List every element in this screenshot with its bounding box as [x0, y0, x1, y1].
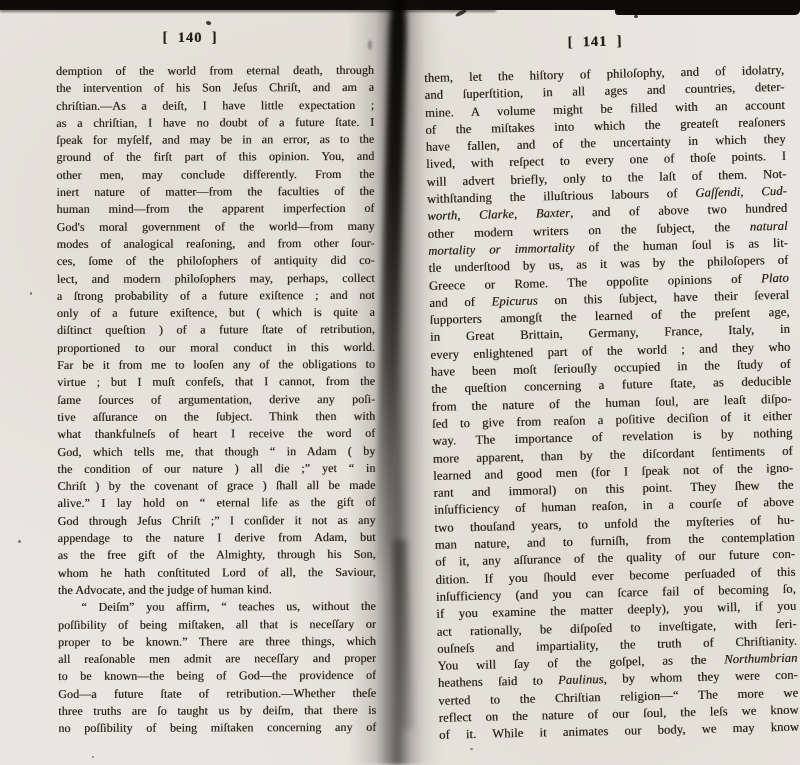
- text-line: ces, ſome of the philoſophers of antiqui…: [57, 252, 375, 270]
- text-line: only of a future exiſtence, but ( which …: [57, 304, 375, 322]
- ink-speck: [634, 15, 638, 18]
- text-line: the condition of our nature ) all die ;”…: [57, 460, 375, 478]
- text-line: all reaſonable men admit are neceſſary a…: [58, 650, 376, 668]
- text-line: God—a future ſtate of retribution.—Wheth…: [58, 685, 376, 703]
- text-line: chriſtian.—As a deiſt, I have little exp…: [56, 96, 374, 114]
- text-line: modes of analogical reaſoning, and from …: [57, 235, 375, 253]
- text-line: diſtinct queſtion ) of a future ſtate of…: [57, 321, 375, 339]
- text-line: proportioned to our moral conduct in thi…: [57, 339, 375, 357]
- text-line: alive.” I lay hold on “ eternal life as …: [58, 494, 376, 512]
- text-line: appendage to the nature I derive from Ad…: [58, 529, 376, 547]
- text-line: poſſibility of being miſtaken, all that …: [58, 615, 376, 633]
- page-text-left: demption of the world from eternal death…: [56, 62, 376, 738]
- text-line: tive aſſurance on the ſubject. Think the…: [57, 408, 375, 426]
- text-line: demption of the world from eternal death…: [56, 62, 374, 80]
- ink-speck: [470, 748, 473, 750]
- text-line: lect, and modern philoſophers may, perha…: [57, 269, 375, 287]
- text-line: ſpeak for myſelf, and may be in an error…: [56, 131, 374, 149]
- text-line: to be known—the being of God—the provide…: [58, 667, 376, 685]
- text-line: ground of the firſt part of this opinion…: [56, 148, 374, 166]
- text-line: as a chriſtian, I have no doubt of a fut…: [56, 114, 374, 132]
- ink-speck: [30, 292, 32, 295]
- text-line: as the free gift of the Almighty, throug…: [58, 546, 376, 564]
- text-line: three truths are ſo taught us by deiſm, …: [58, 702, 376, 720]
- text-line: “ Deiſm” you affirm, “ teaches us, witho…: [58, 598, 376, 616]
- text-line: Chriſt ) by the covenant of grace ) ſhal…: [57, 477, 375, 495]
- ink-speck: [776, 122, 778, 124]
- text-line: inert nature of matter—from the facultie…: [56, 183, 374, 201]
- ink-speck: [18, 540, 21, 543]
- book-scan: [ 140 ] [ 141 ] demption of the world fr…: [0, 0, 800, 765]
- text-line: the Advocate, and the judge of human kin…: [58, 581, 376, 599]
- text-line: virtue ; but I muſt confeſs, that I cann…: [57, 373, 375, 391]
- text-line: God through Jeſus Chriſt ;” I conſider i…: [58, 512, 376, 530]
- text-line: proper to be known.” There are three thi…: [58, 633, 376, 651]
- text-line: the intervention of his Son Jeſus Chriſt…: [56, 79, 374, 97]
- text-line: human mind—from the apparent imperfectio…: [56, 200, 374, 218]
- text-line: a ſtrong probability of a future exiſten…: [57, 287, 375, 305]
- text-line: other men, may conclude differently. Fro…: [56, 166, 374, 184]
- page-text-right: them, let the hiſtory of philoſophy, and…: [424, 62, 799, 745]
- page-number-left: [ 140 ]: [40, 30, 340, 47]
- text-line: what thankfulneſs of heart I receive the…: [57, 425, 375, 443]
- text-line: God's moral government of the world—from…: [57, 218, 375, 236]
- ink-speck: [92, 756, 94, 758]
- text-line: God, which tells me, that though “ in Ad…: [57, 442, 375, 460]
- scan-top-border-thick: [615, 0, 800, 15]
- ink-speck: [368, 40, 372, 50]
- text-line: Far be it from me to looſen any of the o…: [57, 356, 375, 374]
- ink-speck: [205, 20, 211, 26]
- page-number-right: [ 141 ]: [445, 31, 745, 54]
- text-line: no poſſibility of being miſtaken concern…: [58, 719, 376, 737]
- text-line: ſame ſources of argumentation, derive an…: [57, 391, 375, 409]
- text-line: whom he hath conſtituted Lord of all, th…: [58, 563, 376, 581]
